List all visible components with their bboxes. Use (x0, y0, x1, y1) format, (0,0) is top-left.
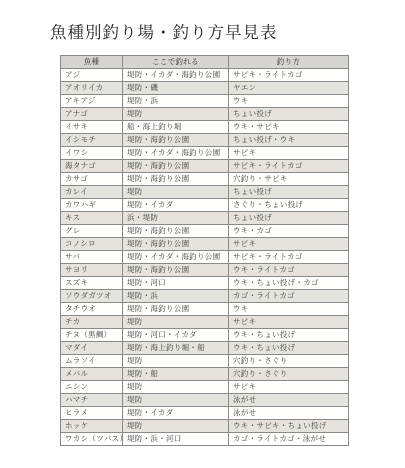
fish-species-cell: カレイ (61, 186, 123, 199)
table-row: マダイ堤防・海上釣り堀・船ウキ・ちょい投げ (61, 342, 349, 355)
fishing-method-cell: サビキ (229, 381, 349, 394)
fishing-method-cell: サビキ (229, 238, 349, 251)
fishing-spot-cell: 堤防・海釣り公園 (123, 303, 229, 316)
fishing-spot-cell: 船・海上釣り堀 (123, 121, 229, 134)
table-row: サヨリ堤防・海釣り公園ウキ・ライトカゴ (61, 264, 349, 277)
fishing-method-cell: 穴釣り・さぐり (229, 355, 349, 368)
fish-species-cell: ホッケ (61, 420, 123, 433)
table-header: 魚種 ここで釣れる 釣り方 (61, 56, 349, 69)
fishing-spot-cell: 堤防・河口 (123, 277, 229, 290)
fishing-spot-cell: 堤防・海釣り公園 (123, 173, 229, 186)
fishing-spot-cell: 浜・堤防 (123, 212, 229, 225)
fish-species-cell: ソウダガツオ (61, 290, 123, 303)
table-row: カワハギ堤防・イカダさぐり・ちょい投げ (61, 199, 349, 212)
fishing-method-cell: ちょい投げ (229, 108, 349, 121)
fish-species-cell: タチウオ (61, 303, 123, 316)
fish-species-cell: ワカシ（ツバス） (61, 433, 123, 446)
fish-species-cell: チカ (61, 316, 123, 329)
fish-species-cell: カワハギ (61, 199, 123, 212)
fish-species-cell: アキアジ (61, 95, 123, 108)
fishing-method-cell: 穴釣り・サビキ (229, 173, 349, 186)
fishing-method-cell: ウキ・ライトカゴ (229, 264, 349, 277)
fishing-spot-cell: 堤防・海釣り公園 (123, 134, 229, 147)
table-row: グレ堤防・海釣り公園ウキ・カゴ (61, 225, 349, 238)
table-row: スズキ堤防・河口ウキ・ちょい投げ・カゴ (61, 277, 349, 290)
table-row: チカ堤防サビキ (61, 316, 349, 329)
fishing-method-cell: ウキ (229, 95, 349, 108)
table-row: メバル堤防・船穴釣り・さぐり (61, 368, 349, 381)
fishing-method-cell: さぐり・ちょい投げ (229, 199, 349, 212)
table-row: イシモチ堤防・海釣り公園ちょい投げ・ウキ (61, 134, 349, 147)
fishing-spot-cell: 堤防・浜 (123, 290, 229, 303)
fishing-spot-cell: 堤防・磯 (123, 82, 229, 95)
table-row: アキアジ堤防・浜ウキ (61, 95, 349, 108)
fishing-spot-cell: 堤防・イカダ・海釣り公園 (123, 69, 229, 82)
fish-species-cell: グレ (61, 225, 123, 238)
fish-species-cell: メバル (61, 368, 123, 381)
fishing-spot-cell: 堤防 (123, 381, 229, 394)
fishing-spot-cell: 堤防・浜・河口 (123, 433, 229, 446)
fishing-method-cell: サビキ・ライトカゴ (229, 251, 349, 264)
table-row: ハマチ堤防泳がせ (61, 394, 349, 407)
fish-species-cell: スズキ (61, 277, 123, 290)
fishing-method-cell: サビキ (229, 316, 349, 329)
table-row: コノシロ堤防・海釣り公園サビキ (61, 238, 349, 251)
fish-species-cell: ムラソイ (61, 355, 123, 368)
table-row: ムラソイ堤防穴釣り・さぐり (61, 355, 349, 368)
fishing-method-cell: ちょい投げ (229, 212, 349, 225)
fishing-method-cell: ちょい投げ・ウキ (229, 134, 349, 147)
fishing-method-cell: サビキ (229, 147, 349, 160)
fishing-spot-cell: 堤防・河口・イカダ (123, 329, 229, 342)
fishing-spot-cell: 堤防・イカダ (123, 199, 229, 212)
fishing-spot-cell: 堤防・海釣り公園 (123, 238, 229, 251)
fish-species-cell: サヨリ (61, 264, 123, 277)
fishing-spot-cell: 堤防 (123, 355, 229, 368)
fishing-spot-cell: 堤防 (123, 316, 229, 329)
fishing-method-cell: カゴ・ライトカゴ (229, 290, 349, 303)
table-row: アジ堤防・イカダ・海釣り公園サビキ・ライトカゴ (61, 69, 349, 82)
fish-species-cell: サバ (61, 251, 123, 264)
header-fishing-spot: ここで釣れる (123, 56, 229, 69)
table-row: ヒラメ堤防・イカダ泳がせ (61, 407, 349, 420)
fishing-spot-cell: 堤防 (123, 420, 229, 433)
fishing-spot-cell: 堤防・海釣り公園 (123, 160, 229, 173)
fish-species-cell: マダイ (61, 342, 123, 355)
fishing-method-cell: ウキ・サビキ・ちょい投げ (229, 420, 349, 433)
table-row: ワカシ（ツバス）堤防・浜・河口カゴ・ライトカゴ・泳がせ (61, 433, 349, 446)
fishing-method-cell: ウキ・サビキ (229, 121, 349, 134)
fishing-spot-cell: 堤防・船 (123, 368, 229, 381)
fishing-method-cell: ヤエン (229, 82, 349, 95)
fishing-method-cell: ウキ・ちょい投げ (229, 329, 349, 342)
fish-species-cell: 海タナゴ (61, 160, 123, 173)
fishing-method-cell: ちょい投げ (229, 186, 349, 199)
fishing-spot-cell: 堤防 (123, 108, 229, 121)
fishing-method-cell: サビキ・ライトカゴ (229, 69, 349, 82)
header-fish-species: 魚種 (61, 56, 123, 69)
fish-species-cell: イサキ (61, 121, 123, 134)
table-row: アナゴ堤防ちょい投げ (61, 108, 349, 121)
fish-species-cell: アナゴ (61, 108, 123, 121)
fish-table-body: アジ堤防・イカダ・海釣り公園サビキ・ライトカゴアオリイカ堤防・磯ヤエンアキアジ堤… (61, 69, 349, 446)
fish-species-cell: アオリイカ (61, 82, 123, 95)
header-row: 魚種 ここで釣れる 釣り方 (61, 56, 349, 69)
fish-species-cell: キス (61, 212, 123, 225)
table-row: イサキ船・海上釣り堀ウキ・サビキ (61, 121, 349, 134)
fishing-spot-cell: 堤防・イカダ (123, 407, 229, 420)
fishing-method-cell: 穴釣り・さぐり (229, 368, 349, 381)
fishing-method-cell: ウキ・カゴ (229, 225, 349, 238)
fishing-method-cell: 泳がせ (229, 407, 349, 420)
table-row: チヌ（黒鯛）堤防・河口・イカダウキ・ちょい投げ (61, 329, 349, 342)
fish-species-cell: コノシロ (61, 238, 123, 251)
table-row: ニシン堤防サビキ (61, 381, 349, 394)
fishing-spot-cell: 堤防・海上釣り堀・船 (123, 342, 229, 355)
fish-species-cell: チヌ（黒鯛） (61, 329, 123, 342)
table-row: イワシ堤防・イカダ・海釣り公園サビキ (61, 147, 349, 160)
table-row: カレイ堤防ちょい投げ (61, 186, 349, 199)
fish-species-cell: ニシン (61, 381, 123, 394)
fishing-method-cell: ウキ (229, 303, 349, 316)
fishing-spot-cell: 堤防・海釣り公園 (123, 225, 229, 238)
table-row: カサゴ堤防・海釣り公園穴釣り・サビキ (61, 173, 349, 186)
fish-species-cell: アジ (61, 69, 123, 82)
fish-species-cell: ヒラメ (61, 407, 123, 420)
fishing-method-cell: ウキ・ちょい投げ・カゴ (229, 277, 349, 290)
fish-species-cell: カサゴ (61, 173, 123, 186)
fishing-spot-cell: 堤防・浜 (123, 95, 229, 108)
table-row: キス浜・堤防ちょい投げ (61, 212, 349, 225)
table-row: 海タナゴ堤防・海釣り公園サビキ・ライトカゴ (61, 160, 349, 173)
fishing-method-cell: サビキ・ライトカゴ (229, 160, 349, 173)
fishing-method-cell: 泳がせ (229, 394, 349, 407)
header-fishing-method: 釣り方 (229, 56, 349, 69)
fishing-spot-cell: 堤防 (123, 186, 229, 199)
table-row: ホッケ堤防ウキ・サビキ・ちょい投げ (61, 420, 349, 433)
fishing-spot-cell: 堤防・イカダ・海釣り公園 (123, 147, 229, 160)
fishing-spot-cell: 堤防・イカダ・海釣り公園 (123, 251, 229, 264)
fishing-spot-cell: 堤防・海釣り公園 (123, 264, 229, 277)
table-row: タチウオ堤防・海釣り公園ウキ (61, 303, 349, 316)
fish-species-cell: イシモチ (61, 134, 123, 147)
fishing-spot-cell: 堤防 (123, 394, 229, 407)
fish-species-cell: ハマチ (61, 394, 123, 407)
fish-species-cell: イワシ (61, 147, 123, 160)
table-row: サバ堤防・イカダ・海釣り公園サビキ・ライトカゴ (61, 251, 349, 264)
fishing-method-cell: カゴ・ライトカゴ・泳がせ (229, 433, 349, 446)
fish-reference-table: 魚種 ここで釣れる 釣り方 アジ堤防・イカダ・海釣り公園サビキ・ライトカゴアオリ… (60, 55, 349, 446)
table-row: ソウダガツオ堤防・浜カゴ・ライトカゴ (61, 290, 349, 303)
table-row: アオリイカ堤防・磯ヤエン (61, 82, 349, 95)
fishing-method-cell: ウキ・ちょい投げ (229, 342, 349, 355)
page-title: 魚種別釣り場・釣り方早見表 (50, 19, 278, 43)
